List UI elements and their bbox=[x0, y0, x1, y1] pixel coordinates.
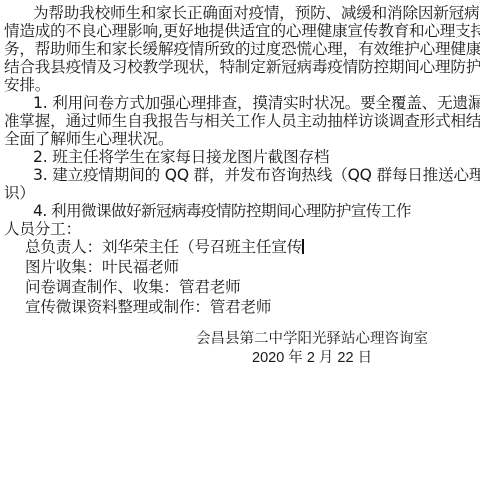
staff-heading: 人员分工： bbox=[4, 220, 81, 238]
text-cursor bbox=[302, 239, 304, 254]
signature-date: 2020 年 2 月 22 日 bbox=[252, 349, 372, 367]
intro-line-1: 为帮助我校师生和家长正确面对疫情，预防、减缓和消除因新冠病毒疫 bbox=[33, 4, 480, 22]
signature-organization: 会昌县第二中学阳光驿站心理咨询室 bbox=[196, 330, 428, 348]
item-2: 2. 班主任将学生在家每日接龙图片截图存档 bbox=[33, 148, 329, 166]
item-4: 4. 利用微课做好新冠病毒疫情防控期间心理防护宣传工作 bbox=[33, 202, 411, 220]
item-1-line-3: 全面了解师生心理状况。 bbox=[4, 130, 173, 148]
item-1-line-1: 1. 利用问卷方式加强心理排查，摸清实时状况。要全覆盖、无遗漏、精 bbox=[33, 94, 480, 112]
staff-line-survey: 问卷调查制作、收集：管君老师 bbox=[25, 278, 241, 296]
item-3-line-2: 识） bbox=[4, 184, 35, 202]
staff-line-lead[interactable]: 总负责人：刘华荣主任（号召班主任宣传 bbox=[25, 238, 304, 256]
staff-line-microlesson: 宣传微课资料整理或制作：管君老师 bbox=[25, 298, 271, 316]
intro-line-4: 结合我县疫情及习校教学现状，特制定新冠病毒疫情防控期间心理防护工作 bbox=[4, 58, 480, 76]
item-1-line-2: 准掌握，通过师生自我报告与相关工作人员主动抽样访谈调查形式相结合， bbox=[4, 112, 480, 130]
staff-line-photos: 图片收集：叶民福老师 bbox=[25, 258, 179, 276]
intro-line-2: 情造成的不良心理影响,更好地提供适宜的心理健康宣传教育和心理支持服 bbox=[4, 22, 480, 40]
intro-line-3: 务，帮助师生和家长缓解疫情所致的过度恐慌心理，有效维护心理健康，现 bbox=[4, 40, 480, 58]
item-3-line-1: 3. 建立疫情期间的 QQ 群，并发布咨询热线（QQ 群每日推送心理小常 bbox=[33, 166, 480, 184]
staff-lead-text: 总负责人：刘华荣主任（号召班主任宣传 bbox=[25, 238, 302, 256]
intro-line-5: 安排。 bbox=[4, 76, 50, 94]
